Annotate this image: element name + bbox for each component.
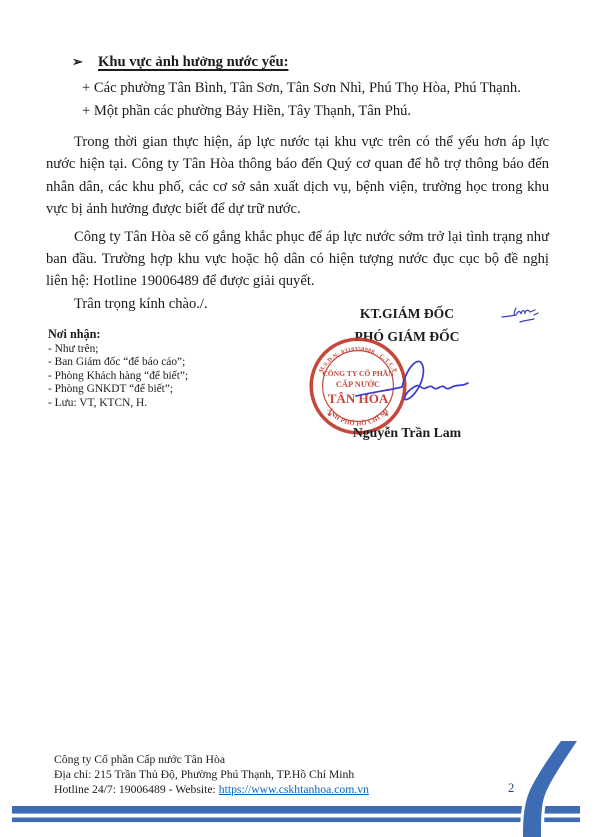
document-page: ➢Khu vực ảnh hưởng nước yếu: + Các phườn… bbox=[0, 0, 594, 837]
stamp-star-left-icon: ★ bbox=[326, 410, 332, 418]
affected-area-item: + Một phần các phường Bảy Hiền, Tây Thạn… bbox=[82, 100, 549, 123]
affected-area-item: + Các phường Tân Bình, Tân Sơn, Tân Sơn … bbox=[82, 77, 549, 100]
footer-decoration bbox=[0, 738, 594, 837]
recipient-item: - Như trên; bbox=[48, 343, 188, 357]
section-heading-text: Khu vực ảnh hưởng nước yếu: bbox=[98, 54, 288, 70]
signature-title-1: KT.GIÁM ĐỐC bbox=[292, 302, 522, 325]
recipient-item: - Phòng Khách hàng “để biết”; bbox=[48, 370, 188, 384]
signature-initials bbox=[500, 303, 550, 329]
recipients-label: Nơi nhận: bbox=[48, 328, 188, 342]
handwritten-signature bbox=[352, 349, 477, 419]
section-heading: ➢Khu vực ảnh hưởng nước yếu: bbox=[72, 52, 549, 72]
document-body: ➢Khu vực ảnh hưởng nước yếu: + Các phườn… bbox=[46, 52, 549, 315]
arrow-bullet-icon: ➢ bbox=[72, 52, 83, 72]
footer-bar-thin bbox=[12, 818, 580, 823]
footer-bar-thick bbox=[12, 806, 580, 814]
recipient-item: - Phòng GNKDT “để biết”; bbox=[48, 383, 188, 397]
recipients-block: Nơi nhận: - Như trên; - Ban Giám đốc “để… bbox=[48, 328, 188, 410]
recipient-item: - Lưu: VT, KTCN, H. bbox=[48, 397, 188, 411]
body-paragraph: Công ty Tân Hòa sẽ cố gắng khắc phục để … bbox=[46, 226, 549, 293]
affected-areas-list: + Các phường Tân Bình, Tân Sơn, Tân Sơn … bbox=[46, 77, 549, 123]
recipient-item: - Ban Giám đốc “để báo cáo”; bbox=[48, 356, 188, 370]
body-paragraph: Trong thời gian thực hiện, áp lực nước t… bbox=[46, 131, 549, 221]
signer-name: Nguyễn Trần Lam bbox=[292, 425, 522, 441]
